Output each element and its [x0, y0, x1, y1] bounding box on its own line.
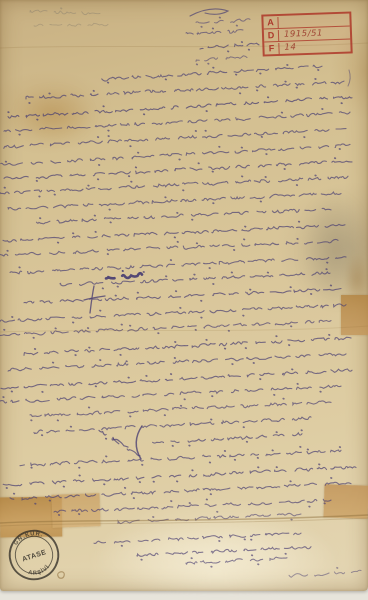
- classification-stamp-row: F 14: [264, 38, 350, 54]
- stamp-arc-bottom-text: ARŞİVİ: [26, 562, 53, 579]
- screenshot-root: { "document": { "description": "Aged Ott…: [0, 0, 368, 600]
- classification-stamp: A D 1915/51 F 14: [261, 11, 352, 56]
- handwriting-layer: [0, 0, 368, 600]
- stamp-letter-f: F: [264, 42, 279, 54]
- stamp-value-a: [279, 20, 350, 22]
- document-photo: A D 1915/51 F 14 GN.KUR. ARŞİVİ ATAS: [0, 0, 368, 600]
- stamp-center-text: ATASE: [21, 549, 47, 563]
- stamp-value-f: 14: [279, 40, 350, 52]
- svg-text:ARŞİVİ: ARŞİVİ: [26, 562, 53, 579]
- stamp-letter-a: A: [263, 16, 278, 28]
- stamp-letter-d: D: [264, 29, 279, 41]
